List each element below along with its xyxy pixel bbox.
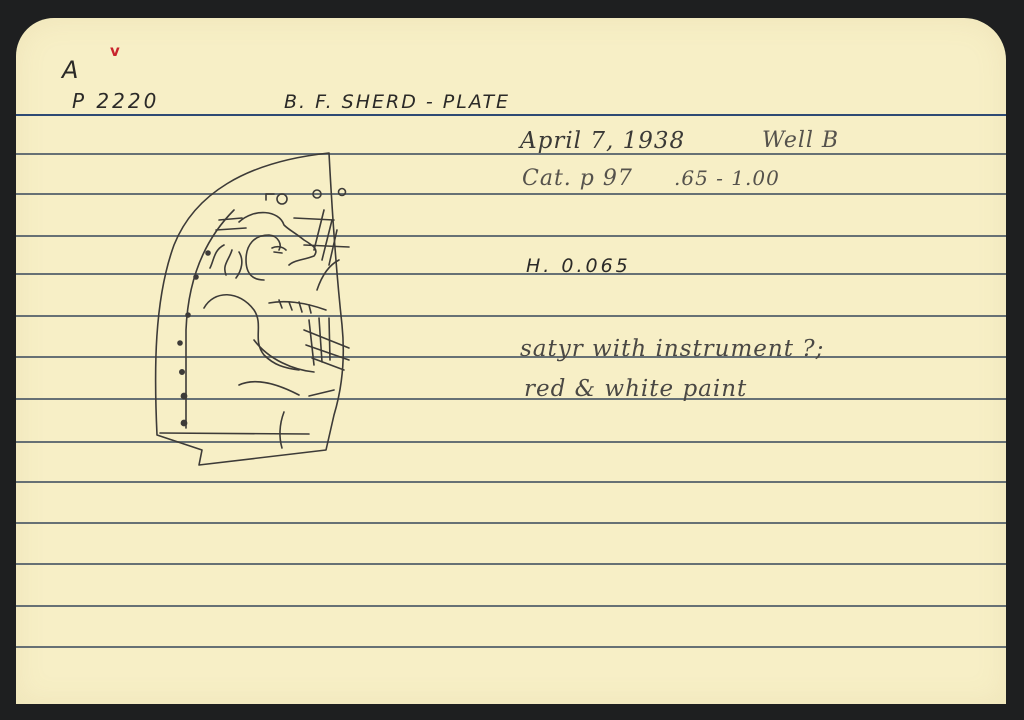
description-line-1: satyr with instrument ?; (520, 336, 824, 362)
height-measurement: H. 0.065 (526, 255, 631, 277)
ruled-line (16, 605, 1006, 607)
ruled-line (16, 522, 1006, 524)
ruled-line (16, 481, 1006, 483)
ruled-line (16, 646, 1006, 648)
depth-range: .65 - 1.00 (674, 166, 780, 190)
ruled-line (16, 563, 1006, 565)
excavation-date: April 7, 1938 (520, 128, 685, 154)
catalog-card: A v P 2220 B. F. SHERD - PLATE April 7, … (16, 18, 1006, 704)
sherd-sketch-icon (154, 150, 364, 480)
description-line-2: red & white paint (524, 376, 747, 402)
card-title: B. F. SHERD - PLATE (284, 91, 510, 113)
excavation-location: Well B (762, 128, 839, 153)
section-letter: A (62, 56, 81, 84)
header-rule (16, 114, 1006, 116)
catalog-reference: Cat. p 97 (522, 166, 633, 191)
red-check-mark: v (110, 42, 120, 60)
inventory-number: P 2220 (72, 89, 159, 113)
